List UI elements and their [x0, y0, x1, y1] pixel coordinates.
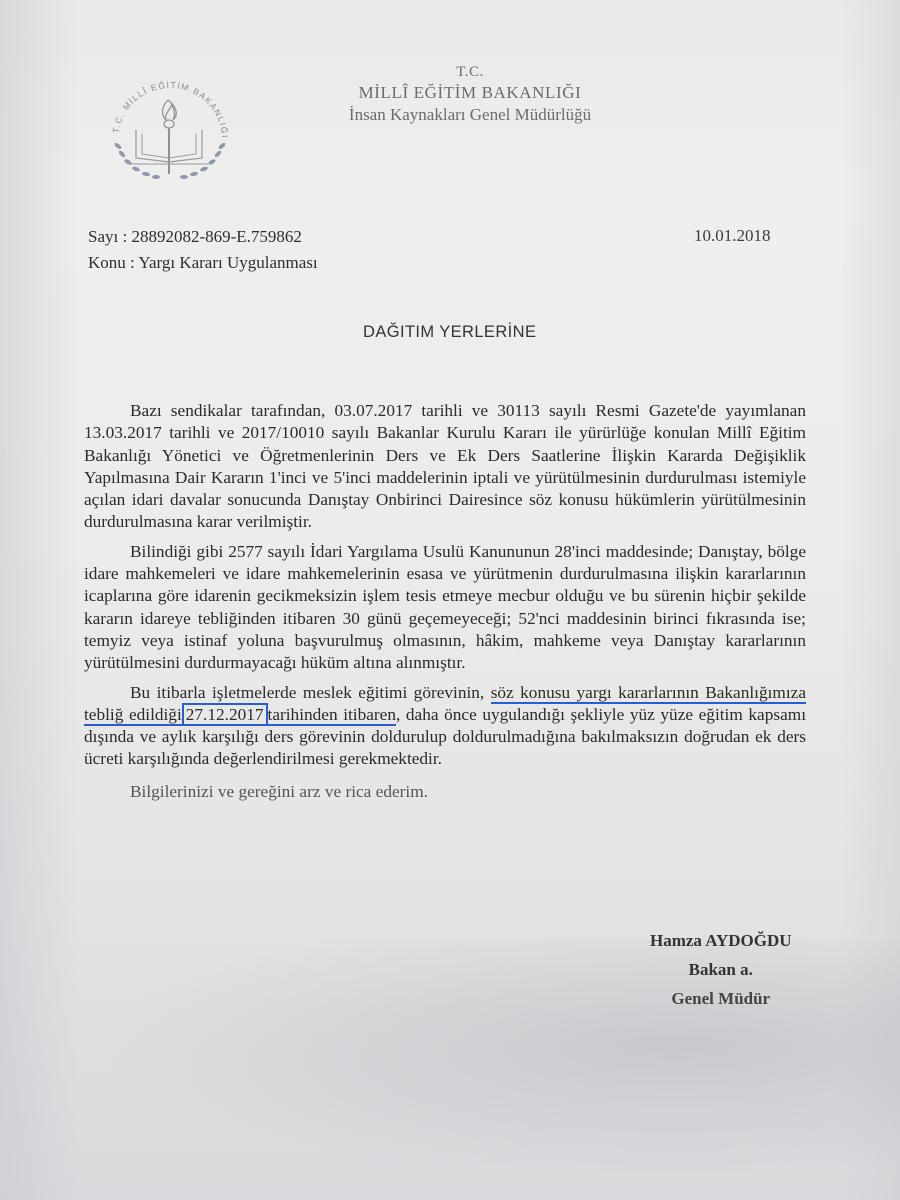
paragraph-1: Bazı sendikalar tarafından, 03.07.2017 t…: [84, 400, 806, 534]
paragraph-3: Bu itibarla işletmelerde meslek eğitimi …: [84, 682, 806, 771]
document-meta: Sayı : 28892082-869-E.759862 Konu : Yarg…: [88, 224, 318, 276]
paragraph-3-before: Bu itibarla işletmelerde meslek eğitimi …: [130, 683, 491, 702]
closing-line: Bilgilerinizi ve gereğini arz ve rica ed…: [84, 781, 806, 803]
document-subject-label: Konu: [88, 250, 126, 276]
signatory-on-behalf: Bakan a.: [650, 955, 792, 984]
signatory-title: Genel Müdür: [650, 984, 792, 1013]
letterhead-ministry: MİLLÎ EĞİTİM BAKANLIĞI: [300, 83, 640, 103]
letterhead-tc: T.C.: [300, 64, 640, 81]
page-shadow-left: [0, 0, 80, 1200]
ministry-logo-icon: T.C. MİLLÎ EĞİTİM BAKANLIĞI: [100, 78, 240, 188]
page-shadow-right: [840, 0, 900, 1200]
letterhead: T.C. MİLLÎ EĞİTİM BAKANLIĞI İnsan Kaynak…: [300, 64, 640, 125]
ink-underlined-phrase-2: tarihinden itibaren: [268, 705, 396, 726]
signatory-name: Hamza AYDOĞDU: [650, 926, 792, 955]
svg-text:T.C. MİLLÎ EĞİTİM BAKANLIĞI: T.C. MİLLÎ EĞİTİM BAKANLIĞI: [110, 80, 230, 139]
document-number-value: : 28892082-869-E.759862: [122, 227, 301, 246]
signature-block: Hamza AYDOĞDU Bakan a. Genel Müdür: [650, 926, 792, 1013]
paragraph-2: Bilindiği gibi 2577 sayılı İdari Yargıla…: [84, 541, 806, 675]
document-number-label: Sayı: [88, 224, 118, 250]
recipients-heading: DAĞITIM YERLERİNE: [363, 323, 536, 342]
document-subject-value: : Yargı Kararı Uygulanması: [130, 253, 318, 272]
document-subject: Konu : Yargı Kararı Uygulanması: [88, 250, 318, 276]
document-date: 10.01.2018: [694, 226, 771, 246]
document-number: Sayı : 28892082-869-E.759862: [88, 224, 318, 250]
letter-body: Bazı sendikalar tarafından, 03.07.2017 t…: [84, 400, 806, 810]
ink-boxed-date: 27.12.2017: [182, 703, 268, 726]
letterhead-department: İnsan Kaynakları Genel Müdürlüğü: [300, 105, 640, 125]
